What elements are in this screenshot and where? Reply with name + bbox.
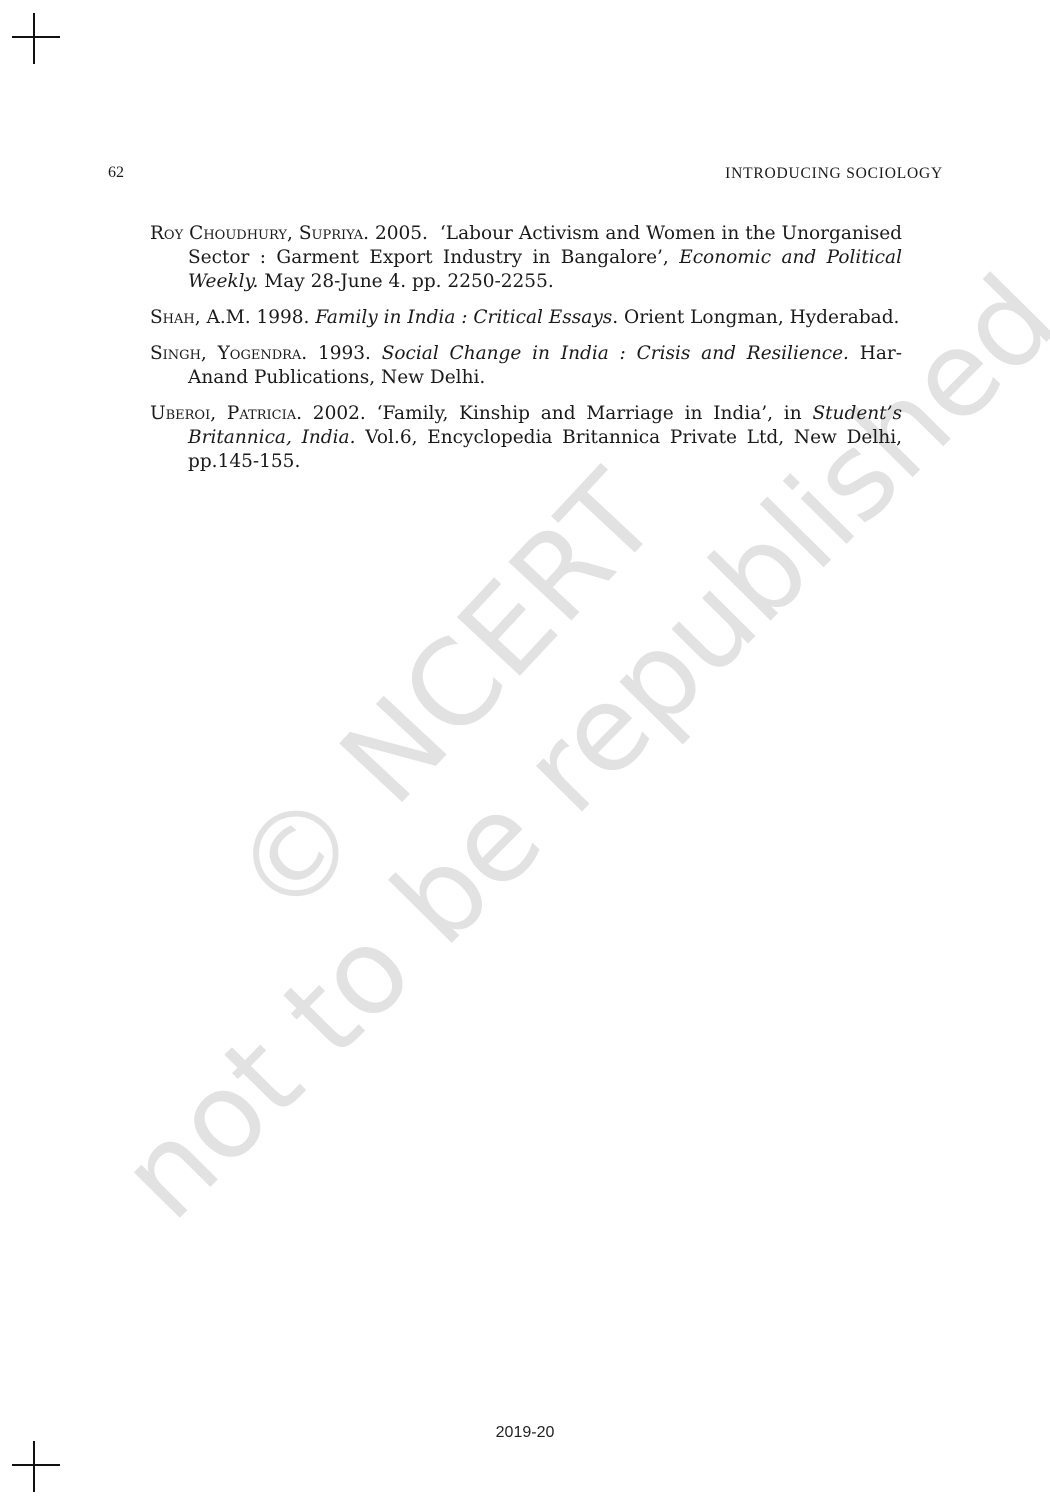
reference-year: . 2005. (363, 223, 440, 244)
reference-author: Roy Choudhury, Supriya (150, 223, 363, 244)
reference-author: Uberoi, Patricia (150, 403, 296, 424)
reference-year: . 1993. (301, 343, 381, 364)
watermark-copyright: © NCERT (214, 453, 678, 938)
page-number: 62 (108, 164, 124, 182)
reference-list: Roy Choudhury, Supriya. 2005. ‘Labour Ac… (150, 222, 902, 486)
reference-text: May 28-June 4. pp. 2250-2255. (258, 271, 553, 292)
crop-mark-bottom-horizontal (12, 1464, 60, 1466)
reference-text: . Orient Longman, Hyderabad. (612, 307, 899, 328)
reference-year: , A.M. 1998. (195, 307, 316, 328)
reference-text: ‘Family, Kinship and Marriage in India’,… (377, 403, 813, 424)
reference-author: Shah (150, 307, 195, 328)
reference-title: Family in India : Critical Essays (315, 307, 612, 328)
footer-year: 2019-20 (0, 1424, 1050, 1442)
reference-entry: Singh, Yogendra. 1993. Social Change in … (150, 342, 902, 390)
reference-entry: Uberoi, Patricia. 2002. ‘Family, Kinship… (150, 402, 902, 474)
crop-mark-top-horizontal (12, 36, 60, 38)
reference-title: Social Change in India : Crisis and Resi… (382, 343, 849, 364)
reference-year: . 2002. (296, 403, 376, 424)
reference-entry: Shah, A.M. 1998. Family in India : Criti… (150, 306, 902, 330)
reference-author: Singh, Yogendra (150, 343, 301, 364)
running-title: INTRODUCING SOCIOLOGY (725, 165, 943, 183)
reference-entry: Roy Choudhury, Supriya. 2005. ‘Labour Ac… (150, 222, 902, 294)
crop-mark-bottom-vertical (33, 1441, 35, 1492)
crop-mark-top-vertical (33, 13, 35, 64)
